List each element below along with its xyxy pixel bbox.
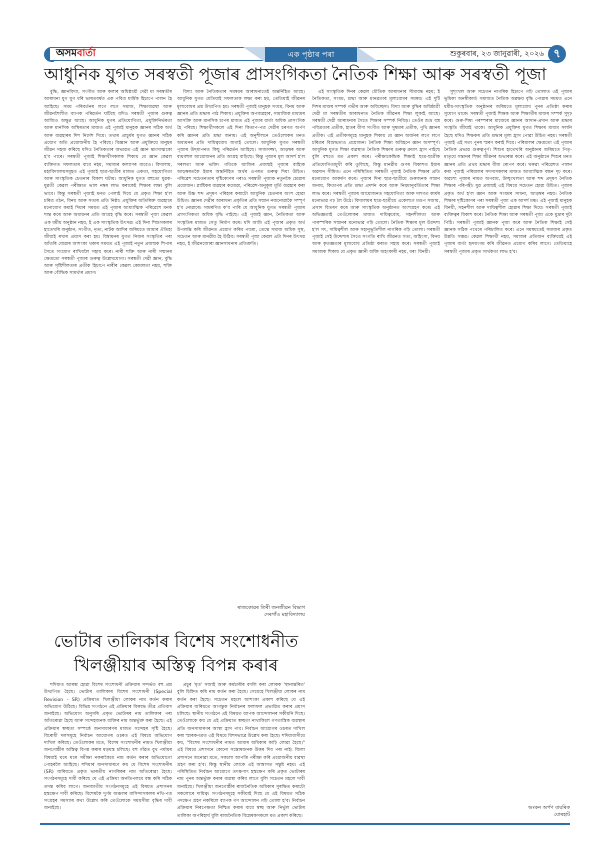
article-2-column-2: সুশৃংখল আৰু সচেতন নাগৰিক হিচাপে গঢ়ি তোল…: [444, 89, 572, 803]
masthead-part1: অসম: [56, 48, 77, 59]
tab-right-slope: [357, 47, 379, 62]
masthead-part2: বাৰ্তা: [77, 48, 96, 59]
article-1-affiliation: দেৰগাঁও মহাবিদ্যালয়: [177, 612, 305, 619]
article-1-headline: আধুনিক যুগত সৰস্বতী পূজাৰ প্ৰাসংগিকতা: [44, 63, 302, 87]
article-3-body-1: শদিয়াত আৰম্ভ হোৱা বিশেষ সংশোধনী প্ৰক্ৰি…: [44, 682, 172, 813]
tab-left-slope: [243, 47, 265, 62]
article-2-headline: নৈতিক শিক্ষা আৰু সৰস্বতী পূজা: [308, 63, 570, 87]
article-2-byline: অংকন অৰ্পণ বায়ৰিক যোৰহাট: [444, 805, 570, 819]
article-1-byline: ৰাজকোৱৰ তিৰী জনজীৱন বিভাগ দেৰগাঁও মহাবিদ…: [177, 605, 305, 619]
masthead-logo: অসমবাৰ্তা: [56, 47, 96, 61]
article-3-headline-line-1: ভোটাৰ তালিকাৰ বিশেষ সংশোধনীত: [44, 630, 308, 654]
article-1-body-1: বুদ্ধি, জ্ঞানবিদ্যা, সংগীত আৰু কলাৰ অধিষ…: [44, 89, 172, 278]
article-2-column-1: এই সাংস্কৃতিক দিনৰ কেৱল ধৌতিক আৰাধনাৰ সী…: [312, 89, 440, 819]
section-tab: এক পৃষ্ঠাৰ পৰা: [243, 47, 400, 62]
article-3-column-2: প্ৰচুৰ 'মৃত' সজাই আৰু কৰ্মচাৰীৰ বদলি কৰা…: [177, 682, 305, 820]
page-number-badge: ৭: [548, 45, 566, 63]
issue-date: শুকুৰবাৰ, ২৩ জানুৱাৰী, ২০২৬: [450, 47, 544, 61]
article-3-headline-line-2: খিলঞ্জীয়াৰ অস্তিত্ব বিপন্ন কৰাৰ: [44, 654, 308, 678]
article-2-body-1: এই সাংস্কৃতিক দিনৰ কেৱল ধৌতিক আৰাধনাৰ সী…: [312, 89, 440, 256]
article-3-body-2: প্ৰচুৰ 'মৃত' সজাই আৰু কৰ্মচাৰীৰ বদলি কৰা…: [177, 682, 305, 820]
article-1-column-2: বিদ্যা আৰু নৈতিকতাৰ সমন্বয়ৰ আৰাধনাতেই অ…: [177, 89, 305, 595]
article-3-headline: ভোটাৰ তালিকাৰ বিশেষ সংশোধনীত খিলঞ্জীয়াৰ…: [44, 630, 308, 678]
page-bottom-rule: [40, 823, 570, 825]
article-2-author: অংকন অৰ্পণ বায়ৰিক: [444, 805, 570, 812]
article-1-author: ৰাজকোৱৰ তিৰী জনজীৱন বিভাগ: [177, 605, 305, 612]
page-header-bar: অসমবাৰ্তা এক পৃষ্ঠাৰ পৰা শুকুৰবাৰ, ২৩ জা…: [44, 47, 572, 61]
article-1-body-2: বিদ্যা আৰু নৈতিকতাৰ সমন্বয়ৰ আৰাধনাতেই অ…: [177, 89, 305, 249]
article-3-column-1: শদিয়াত আৰম্ভ হোৱা বিশেষ সংশোধনী প্ৰক্ৰি…: [44, 682, 172, 820]
section-tab-label: এক পৃষ্ঠাৰ পৰা: [265, 47, 357, 62]
article-1-column-1: বুদ্ধি, জ্ঞানবিদ্যা, সংগীত আৰু কলাৰ অধিষ…: [44, 89, 172, 599]
article-2-body-2: সুশৃংখল আৰু সচেতন নাগৰিক হিচাপে গঢ়ি তোল…: [444, 89, 572, 256]
article-2-location: যোৰহাট: [444, 812, 570, 819]
